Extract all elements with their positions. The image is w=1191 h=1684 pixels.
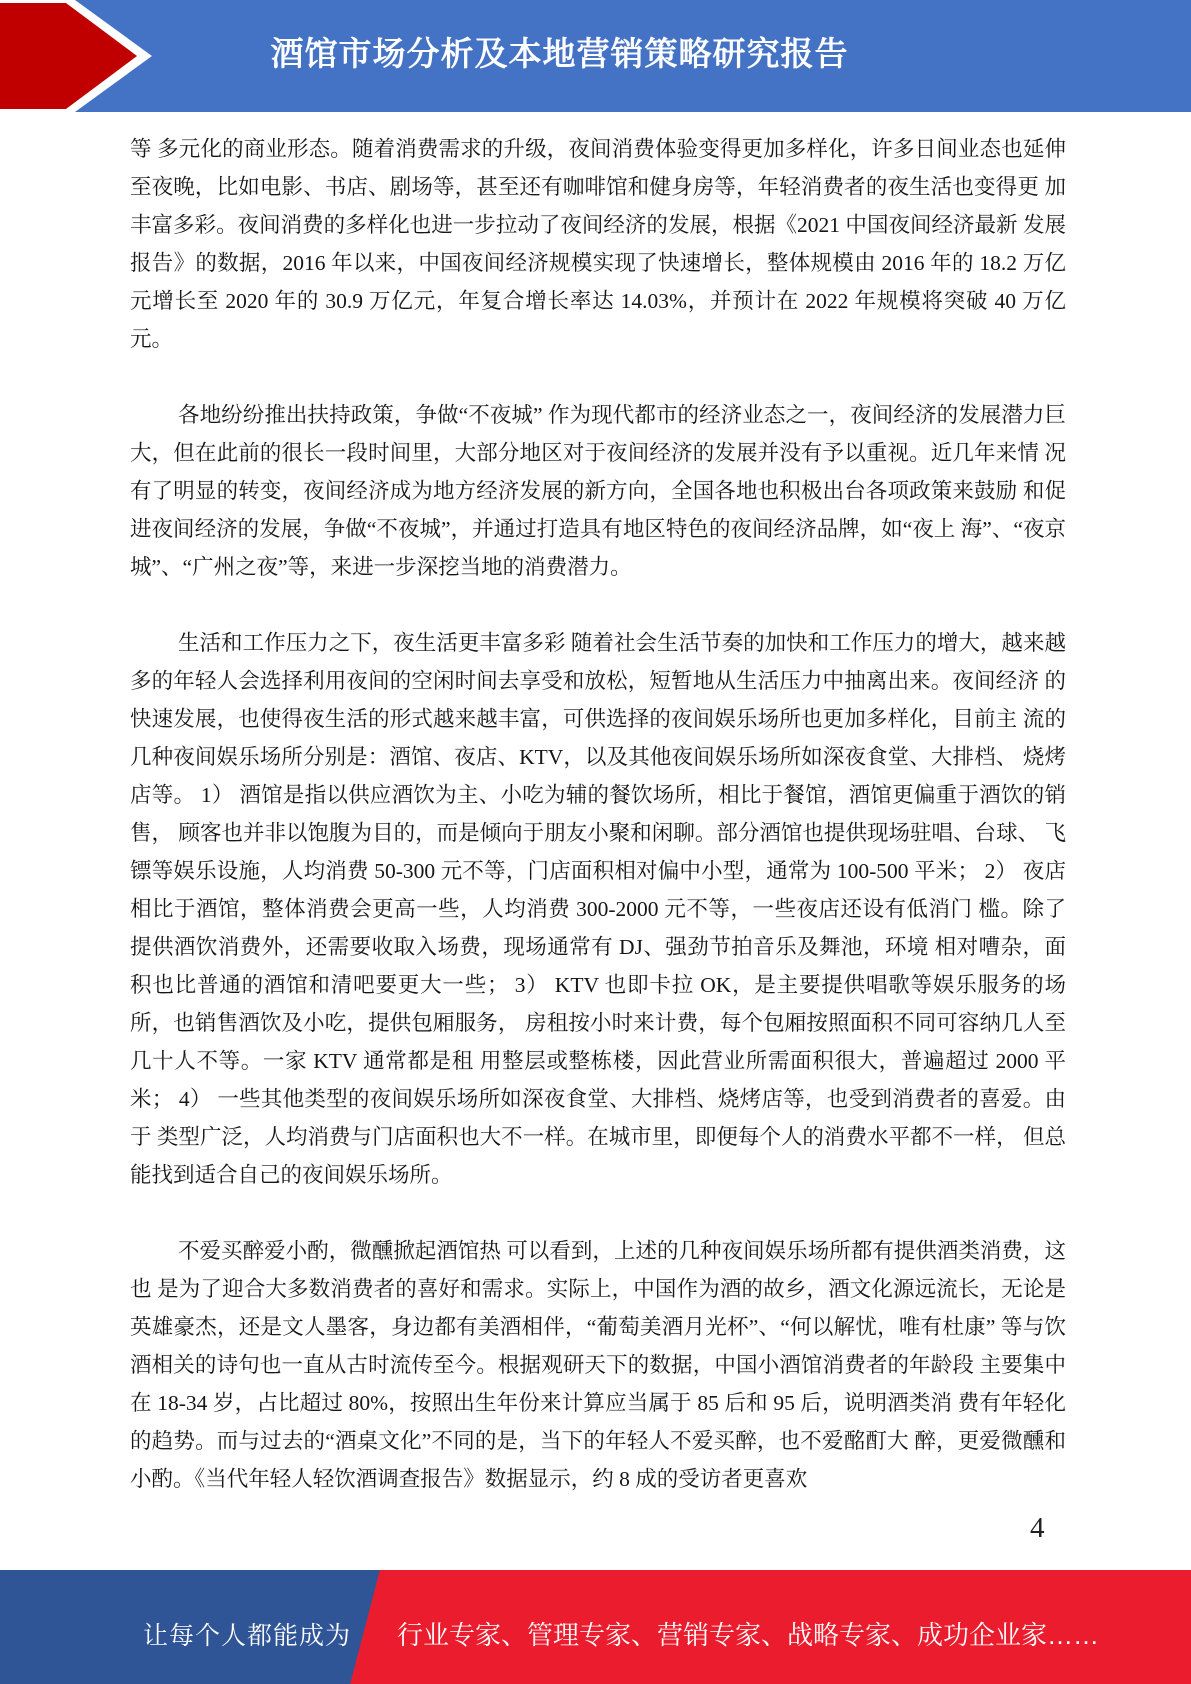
paragraph-3: 生活和工作压力之下，夜生活更丰富多彩 随着社会生活节奏的加快和工作压力的增大，越… [130,624,1066,1194]
paragraph-2: 各地纷纷推出扶持政策，争做“不夜城” 作为现代都市的经济业态之一，夜间经济的发展… [130,396,1066,586]
report-title: 酒馆市场分析及本地营销策略研究报告 [0,0,1191,108]
footer-slogan-right: 行业专家、管理专家、营销专家、战略专家、成功企业家…… [397,1615,1099,1652]
body-text: 等 多元化的商业形态。随着消费需求的升级，夜间消费体验变得更加多样化，许多日间业… [130,130,1066,1536]
paragraph-1: 等 多元化的商业形态。随着消费需求的升级，夜间消费体验变得更加多样化，许多日间业… [130,130,1066,358]
footer-slogan-left: 让每个人都能成为 [143,1616,351,1652]
page-footer: 让每个人都能成为 行业专家、管理专家、营销专家、战略专家、成功企业家…… [0,1570,1191,1684]
paragraph-4: 不爱买醉爱小酌，微醺掀起酒馆热 可以看到，上述的几种夜间娱乐场所都有提供酒类消费… [130,1232,1066,1498]
page-number: 4 [1030,1512,1045,1545]
page-header: 酒馆市场分析及本地营销策略研究报告 [0,0,1191,112]
document-page: 酒馆市场分析及本地营销策略研究报告 等 多元化的商业形态。随着消费需求的升级，夜… [0,0,1191,1684]
